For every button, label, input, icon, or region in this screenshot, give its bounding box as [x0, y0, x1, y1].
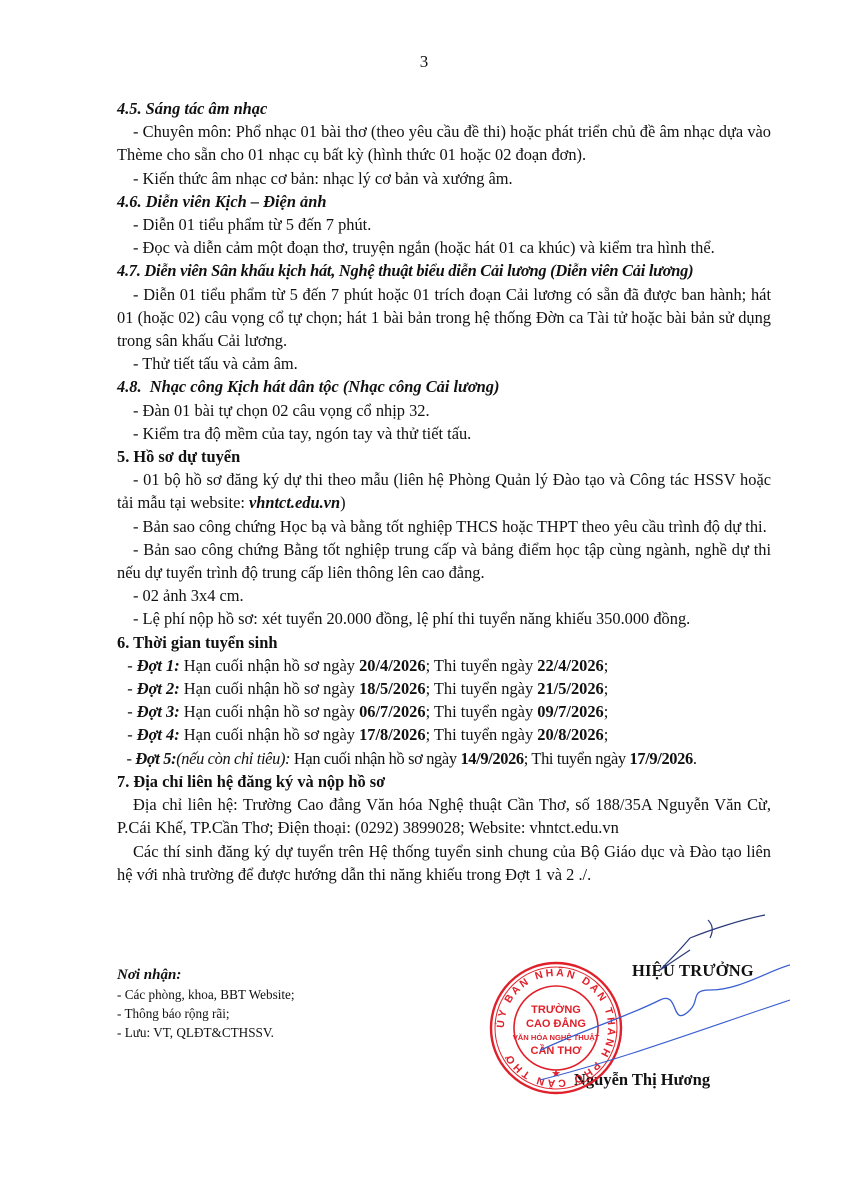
paragraph-text: ) [340, 493, 345, 512]
section-heading-5: 5. Hồ sơ dự tuyển [117, 445, 771, 468]
recipients-block: Nơi nhận: - Các phòng, khoa, BBT Website… [117, 966, 295, 1042]
paragraph-notice: Các thí sinh đăng ký dự tuyển trên Hệ th… [117, 840, 771, 886]
section-heading-7: 7. Địa chỉ liên hệ đăng ký và nộp hồ sơ [117, 770, 771, 793]
paragraph: - Đọc và diễn cảm một đoạn thơ, truyện n… [117, 236, 771, 259]
page-number: 3 [0, 52, 848, 72]
document-page: 3 4.5. Sáng tác âm nhạc - Chuyên môn: Ph… [0, 0, 848, 1200]
section-heading-4-7: 4.7. Diễn viên Sân khấu kịch hát, Nghệ t… [117, 259, 771, 282]
website-link[interactable]: vhntct.edu.vn [249, 493, 340, 512]
paragraph: - Bản sao công chứng Học bạ và bằng tốt … [117, 515, 771, 538]
paragraph: - 02 ảnh 3x4 cm. [117, 584, 771, 607]
paragraph: - Thử tiết tấu và cảm âm. [117, 352, 771, 375]
paragraph-text: - 01 bộ hồ sơ đăng ký dự thi theo mẫu (l… [117, 470, 771, 512]
paragraph-address: Địa chỉ liên hệ: Trường Cao đẳng Văn hóa… [117, 793, 771, 839]
schedule-round-1: - Đợt 1: Hạn cuối nhận hồ sơ ngày 20/4/2… [117, 654, 771, 677]
paragraph: - Đàn 01 bài tự chọn 02 câu vọng cổ nhịp… [117, 399, 771, 422]
recipient-item: - Các phòng, khoa, BBT Website; [117, 985, 295, 1004]
paragraph: - 01 bộ hồ sơ đăng ký dự thi theo mẫu (l… [117, 468, 771, 514]
paragraph: - Diễn 01 tiểu phẩm từ 5 đến 7 phút hoặc… [117, 283, 771, 353]
recipients-title: Nơi nhận: [117, 966, 295, 985]
schedule-round-3: - Đợt 3: Hạn cuối nhận hồ sơ ngày 06/7/2… [117, 700, 771, 723]
svg-text:CẦN THƠ: CẦN THƠ [531, 1044, 583, 1057]
section-heading-6: 6. Thời gian tuyển sinh [117, 631, 771, 654]
schedule-round-4: - Đợt 4: Hạn cuối nhận hồ sơ ngày 17/8/2… [117, 723, 771, 746]
official-stamp: ỦY BAN NHÂN DÂN THÀNH PHỐ CẦN THƠ ★ TRƯỜ… [488, 960, 624, 1096]
section-heading-4-8: 4.8. Nhạc công Kịch hát dân tộc (Nhạc cô… [117, 375, 771, 398]
svg-text:★: ★ [551, 1068, 561, 1080]
recipient-item: - Thông báo rộng rãi; [117, 1004, 295, 1023]
recipient-item: - Lưu: VT, QLĐT&CTHSSV. [117, 1023, 295, 1042]
paragraph: - Chuyên môn: Phổ nhạc 01 bài thơ (theo … [117, 120, 771, 166]
paragraph: - Lệ phí nộp hồ sơ: xét tuyển 20.000 đồn… [117, 607, 771, 630]
signer-title: HIỆU TRƯỞNG [632, 961, 754, 981]
round-note: (nếu còn chỉ tiêu): [176, 749, 290, 768]
svg-text:CAO ĐẲNG: CAO ĐẲNG [526, 1017, 586, 1030]
document-body: 4.5. Sáng tác âm nhạc - Chuyên môn: Phổ … [117, 97, 771, 886]
schedule-list: - Đợt 1: Hạn cuối nhận hồ sơ ngày 20/4/2… [117, 654, 771, 770]
section-heading-4-5: 4.5. Sáng tác âm nhạc [117, 97, 771, 120]
paragraph: - Diễn 01 tiểu phẩm từ 5 đến 7 phút. [117, 213, 771, 236]
section-heading-4-6: 4.6. Diễn viên Kịch – Điện ảnh [117, 190, 771, 213]
paragraph: - Bản sao công chứng Bằng tốt nghiệp tru… [117, 538, 771, 584]
svg-text:TRƯỜNG: TRƯỜNG [531, 1003, 581, 1016]
svg-text:VĂN HÓA NGHỆ THUẬT: VĂN HÓA NGHỆ THUẬT [513, 1033, 600, 1042]
schedule-round-5: - Đợt 5:(nếu còn chỉ tiêu): Hạn cuối nhậ… [117, 747, 771, 770]
stamp-seal-icon: ỦY BAN NHÂN DÂN THÀNH PHỐ CẦN THƠ ★ TRƯỜ… [488, 960, 624, 1096]
schedule-round-2: - Đợt 2: Hạn cuối nhận hồ sơ ngày 18/5/2… [117, 677, 771, 700]
paragraph: - Kiểm tra độ mềm của tay, ngón tay và t… [117, 422, 771, 445]
paragraph: - Kiến thức âm nhạc cơ bản: nhạc lý cơ b… [117, 167, 771, 190]
